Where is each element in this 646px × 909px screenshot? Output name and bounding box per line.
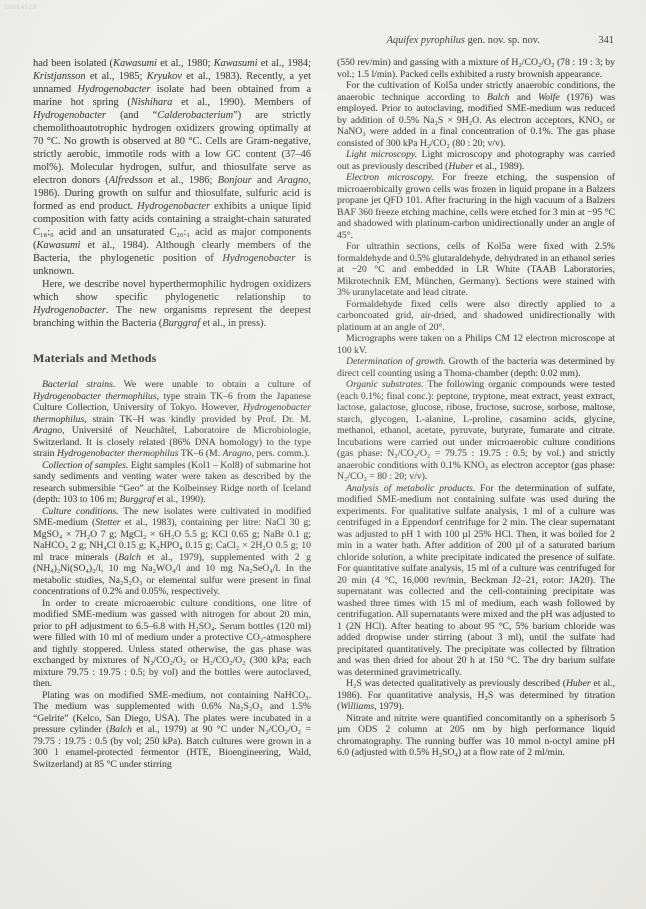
- paragraph: Analysis of metabolic products. For the …: [337, 483, 615, 679]
- paragraph: had been isolated (Kawasumi et al., 1980…: [33, 57, 311, 278]
- paragraph: Determination of growth. Growth of the b…: [337, 356, 615, 379]
- paragraph: Culture conditions. The new isolates wer…: [33, 506, 311, 598]
- right-column: (550 rev/min) and gassing with a mixture…: [337, 57, 615, 770]
- paragraph: For ultrathin sections, cells of Kol5a w…: [337, 241, 615, 299]
- page-number: 341: [590, 35, 614, 46]
- paragraph: Plating was on modified SME-medium, not …: [33, 690, 311, 771]
- scan-stamp: 00064528: [4, 4, 37, 11]
- section-heading-materials-and-methods: Materials and Methods: [33, 351, 311, 366]
- running-head: Aquifex pyrophilus gen. nov. sp. nov. 34…: [336, 35, 614, 46]
- methods-text-right: (550 rev/min) and gassing with a mixture…: [337, 57, 615, 759]
- paragraph: Collection of samples. Eight samples (Ko…: [33, 460, 311, 506]
- paragraph: H₂S was detected qualitatively as previo…: [337, 678, 615, 713]
- running-title: Aquifex pyrophilus gen. nov. sp. nov.: [387, 35, 540, 46]
- paragraph: In order to create microaerobic culture …: [33, 598, 311, 690]
- left-column: had been isolated (Kawasumi et al., 1980…: [33, 57, 311, 770]
- introduction-text: had been isolated (Kawasumi et al., 1980…: [33, 57, 311, 330]
- paragraph: Bacterial strains. We were unable to obt…: [33, 379, 311, 460]
- paragraph: (550 rev/min) and gassing with a mixture…: [337, 57, 615, 80]
- paragraph: Nitrate and nitrite were quantified conc…: [337, 713, 615, 759]
- paragraph: Here, we describe novel hyperthermophili…: [33, 278, 311, 330]
- paragraph: Electron microscopy. For freeze etching,…: [337, 172, 615, 241]
- methods-text-left: Bacterial strains. We were unable to obt…: [33, 379, 311, 770]
- paragraph: For the cultivation of Kol5a under stric…: [337, 80, 615, 149]
- paragraph: Light microscopy. Light microscopy and p…: [337, 149, 615, 172]
- paragraph: Organic substrates. The following organi…: [337, 379, 615, 483]
- text-columns: had been isolated (Kawasumi et al., 1980…: [33, 57, 615, 770]
- paragraph: Formaldehyde fixed cells were also direc…: [337, 299, 615, 334]
- paragraph: Micrographs were taken on a Philips CM 1…: [337, 333, 615, 356]
- journal-page: 00064528 Aquifex pyrophilus gen. nov. sp…: [0, 0, 646, 909]
